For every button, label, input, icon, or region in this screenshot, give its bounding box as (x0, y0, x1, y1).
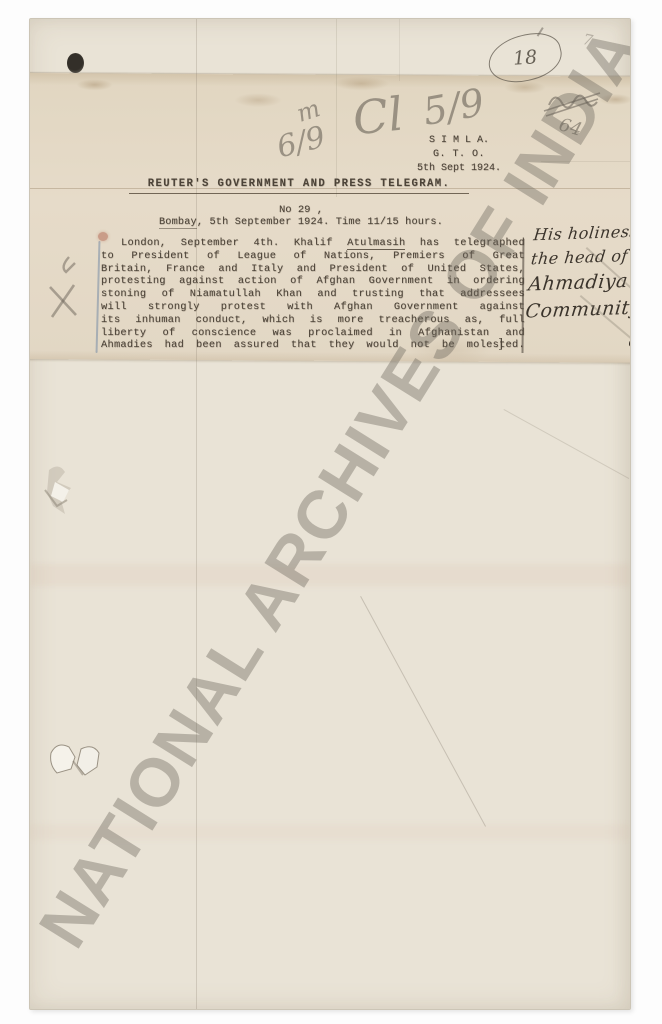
paper-tear (41, 729, 113, 787)
telegram-body-line: London, September 4th. Khalif Atulmasih … (101, 237, 525, 250)
margin-note-line: His holiness (533, 222, 631, 243)
document-page: S I M L A.G. T. O.5th Sept 1924. REUTER'… (29, 18, 631, 1010)
paper-tear (33, 456, 81, 518)
margin-note-line: Community (525, 298, 631, 322)
telegram-body: London, September 4th. Khalif Atulmasih … (101, 237, 525, 352)
station-block: S I M L A.G. T. O.5th Sept 1924. (407, 134, 511, 176)
paper-discoloration (30, 824, 630, 840)
punch-hole (67, 53, 84, 73)
crossed-out-pencil-scribble (541, 81, 603, 121)
dateline-rest: , 5th September 1924. Time 11/15 hours. (197, 217, 443, 228)
vertical-fold-line (399, 19, 400, 81)
station-line: 5th Sept 1924. (407, 162, 511, 176)
telegram-body-line: stoning of Niamatullah Khan and trusting… (101, 288, 525, 301)
telegram-body-line: its inhuman conduct, which is more treac… (101, 314, 525, 327)
telegram-body-line: Ahmadies had been assured that they woul… (101, 339, 525, 352)
crease-line (360, 596, 486, 827)
margin-note-line: the head of the (530, 246, 631, 267)
body-text: has telegraphed (405, 237, 525, 249)
telegram-body-line: protesting against action of Afghan Gove… (101, 275, 525, 288)
vertical-fold-line (336, 19, 337, 197)
scan-background: S I M L A.G. T. O.5th Sept 1924. REUTER'… (0, 0, 662, 1024)
horizontal-fold-line (541, 161, 630, 162)
pencil-scribble-cl: Cl (350, 87, 405, 146)
x-pencil-mark (41, 249, 87, 321)
body-text: London, September 4th. Khalif (121, 237, 347, 249)
station-line: G. T. O. (407, 148, 511, 162)
underlined-name: Atulmasih (347, 237, 405, 250)
vertical-fold-line (196, 19, 197, 1009)
telegram-body-line: will strongly protest with Afghan Govern… (101, 301, 525, 314)
telegram-body-lines: to President of League of Nations, Premi… (101, 250, 525, 352)
telegram-body-line: liberty of conscience was proclaimed in … (101, 327, 525, 340)
dateline-place: Bombay (159, 217, 197, 229)
ink-blotch (98, 232, 108, 241)
crease-line (504, 409, 630, 479)
end-bracket-mark: ] (498, 337, 503, 352)
telegram-dateline: Bombay, 5th September 1924. Time 11/15 h… (131, 217, 471, 228)
telegram-header: REUTER'S GOVERNMENT AND PRESS TELEGRAM. (129, 178, 469, 194)
pencil-scribble-7: 7 (581, 30, 594, 50)
telegram-number: No 29 , (231, 204, 371, 216)
folio-number: 18 (512, 46, 538, 70)
paper-discoloration (30, 564, 630, 586)
ink-margin-note: His holinessthe head of theAhmadiyaCommu… (524, 222, 631, 329)
telegram-body-line: to President of League of Nations, Premi… (101, 250, 525, 263)
station-line: S I M L A. (407, 134, 511, 148)
telegram-body-line: Britain, France and Italy and President … (101, 263, 525, 276)
